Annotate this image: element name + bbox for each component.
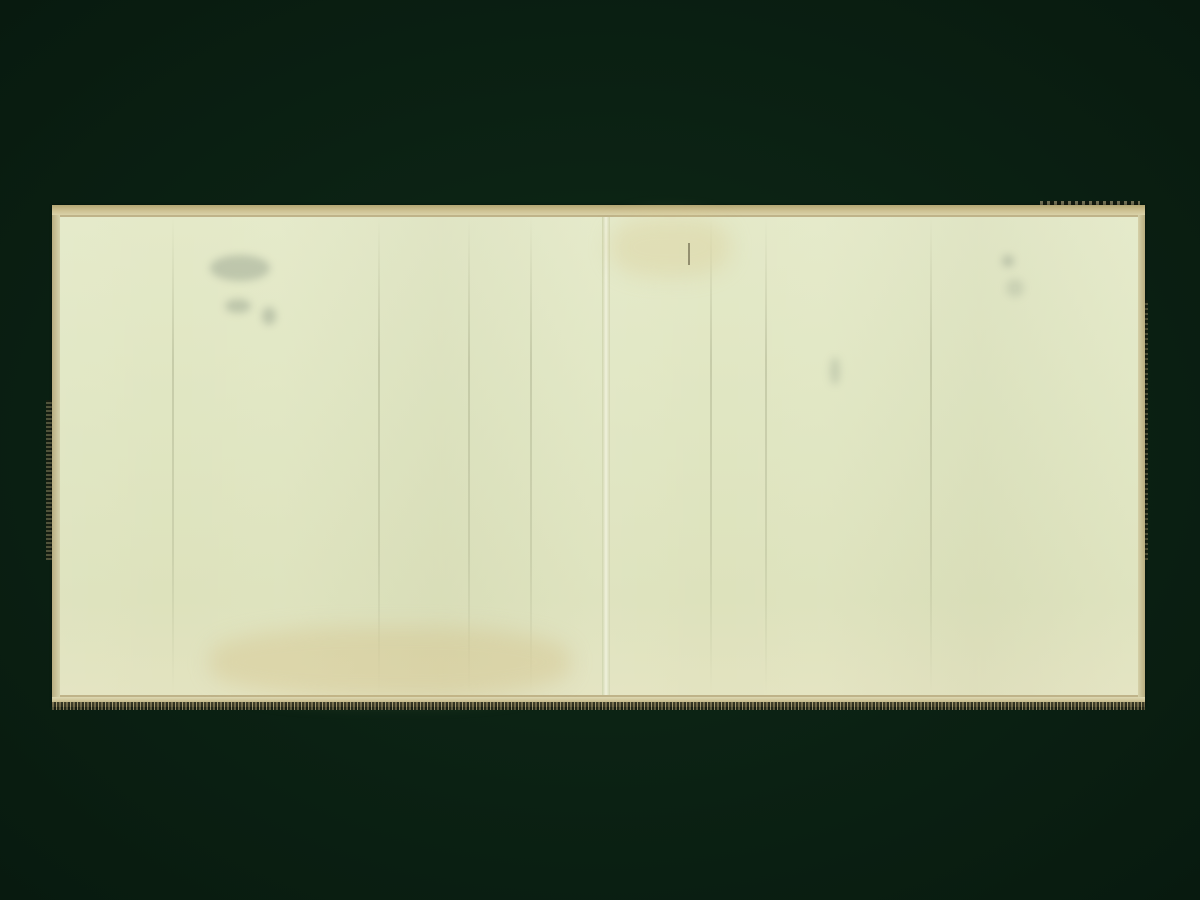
- mount-right-border: [1138, 215, 1145, 697]
- crease-line: [468, 217, 470, 695]
- crease-line: [710, 217, 712, 695]
- faded-mark: [1006, 279, 1024, 297]
- water-stain: [210, 627, 570, 697]
- mount-top-border: [52, 205, 1145, 215]
- paper-mounting: [52, 205, 1145, 707]
- crease-line: [930, 217, 932, 695]
- frayed-edge-bottom: [52, 702, 1145, 710]
- crease-line: [172, 217, 174, 695]
- crease-line: [530, 217, 532, 695]
- crease-line: [378, 217, 380, 695]
- faded-mark: [225, 299, 251, 313]
- faded-mark: [1002, 255, 1014, 267]
- faded-mark: [830, 357, 840, 385]
- center-fold: [602, 217, 610, 695]
- right-leaf: [610, 217, 1138, 695]
- mount-left-border: [52, 215, 60, 697]
- water-stain: [610, 217, 730, 277]
- left-leaf: [60, 217, 604, 695]
- faded-mark: [262, 307, 276, 325]
- faded-mark: [210, 255, 270, 281]
- crease-line: [765, 217, 767, 695]
